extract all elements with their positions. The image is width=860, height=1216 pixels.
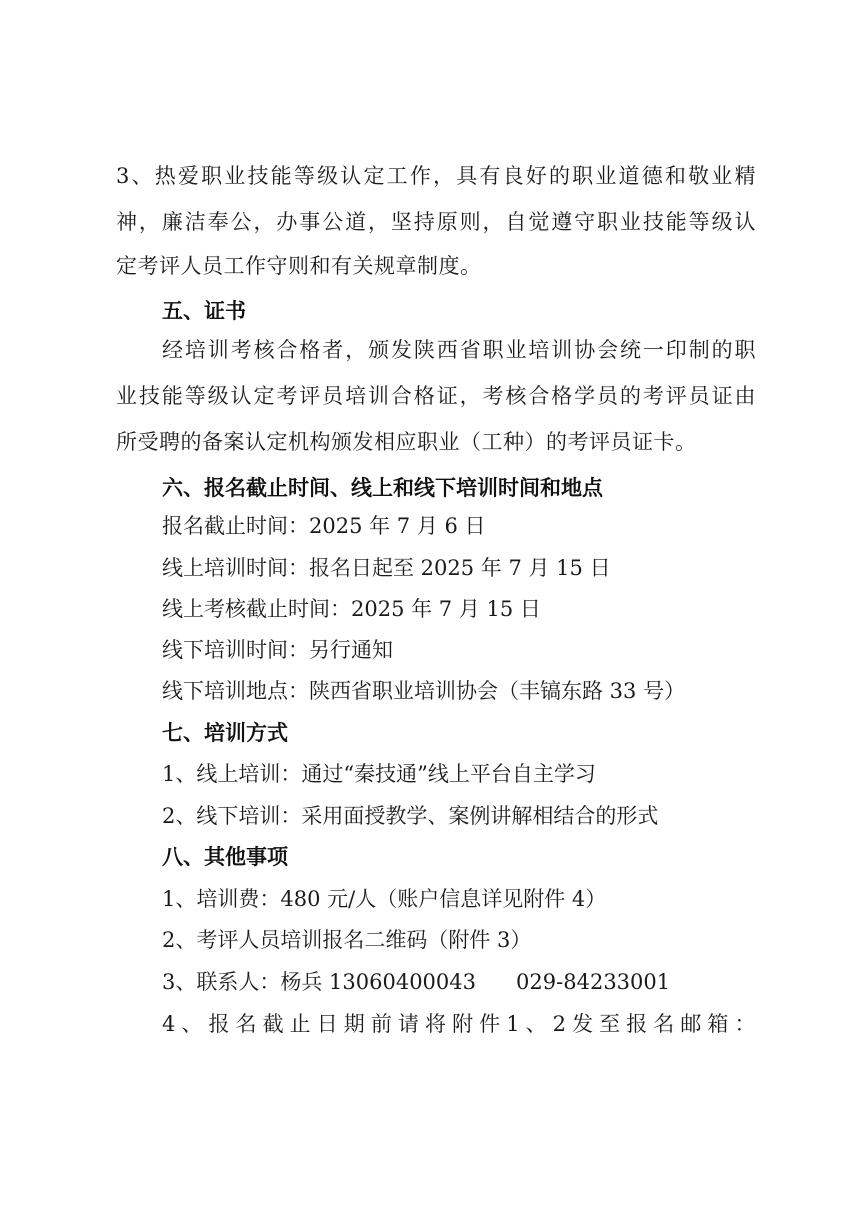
schedule-item: 线下培训时间：另行通知 xyxy=(162,637,756,663)
paragraph-line: 定考评人员工作守则和有关规章制度。 xyxy=(116,253,756,279)
schedule-item: 线下培训地点：陕西省职业培训协会（丰镐东路 33 号） xyxy=(162,678,756,704)
training-method-item: 2、线下培训：采用面授教学、案例讲解相结合的形式 xyxy=(162,803,756,829)
schedule-item: 线上培训时间：报名日起至 2025 年 7 月 15 日 xyxy=(162,555,756,581)
other-matters-item: 2、考评人员培训报名二维码（附件 3） xyxy=(162,927,756,953)
paragraph-line: 所受聘的备案认定机构颁发相应职业（工种）的考评员证卡。 xyxy=(116,429,756,455)
paragraph-line: 业技能等级认定考评员培训合格证，考核合格学员的考评员证由 xyxy=(116,383,756,409)
contact-item: 3、联系人：杨兵 13060400043 029-84233001 xyxy=(162,969,756,995)
other-matters-item: 1、培训费：480 元/人（账户信息详见附件 4） xyxy=(162,886,756,912)
section-heading-training-method: 七、培训方式 xyxy=(162,720,756,746)
paragraph-line: 经培训考核合格者，颁发陕西省职业培训协会统一印制的职 xyxy=(162,337,756,363)
section-heading-certificate: 五、证书 xyxy=(162,298,756,324)
section-heading-other-matters: 八、其他事项 xyxy=(162,844,756,870)
paragraph-line: 3、热爱职业技能等级认定工作，具有良好的职业道德和敬业精 xyxy=(116,163,756,189)
other-matters-item: 4、报名截止日期前请将附件1、2发至报名邮箱： xyxy=(162,1011,756,1037)
section-heading-schedule: 六、报名截止时间、线上和线下培训时间和地点 xyxy=(162,475,756,501)
document-page: 3、热爱职业技能等级认定工作，具有良好的职业道德和敬业精 神，廉洁奉公，办事公道… xyxy=(0,0,860,1216)
training-method-item: 1、线上培训：通过“秦技通”线上平台自主学习 xyxy=(162,761,756,787)
schedule-item: 报名截止时间：2025 年 7 月 6 日 xyxy=(162,513,756,539)
schedule-item: 线上考核截止时间：2025 年 7 月 15 日 xyxy=(162,596,756,622)
paragraph-line: 神，廉洁奉公，办事公道，坚持原则，自觉遵守职业技能等级认 xyxy=(116,209,756,235)
